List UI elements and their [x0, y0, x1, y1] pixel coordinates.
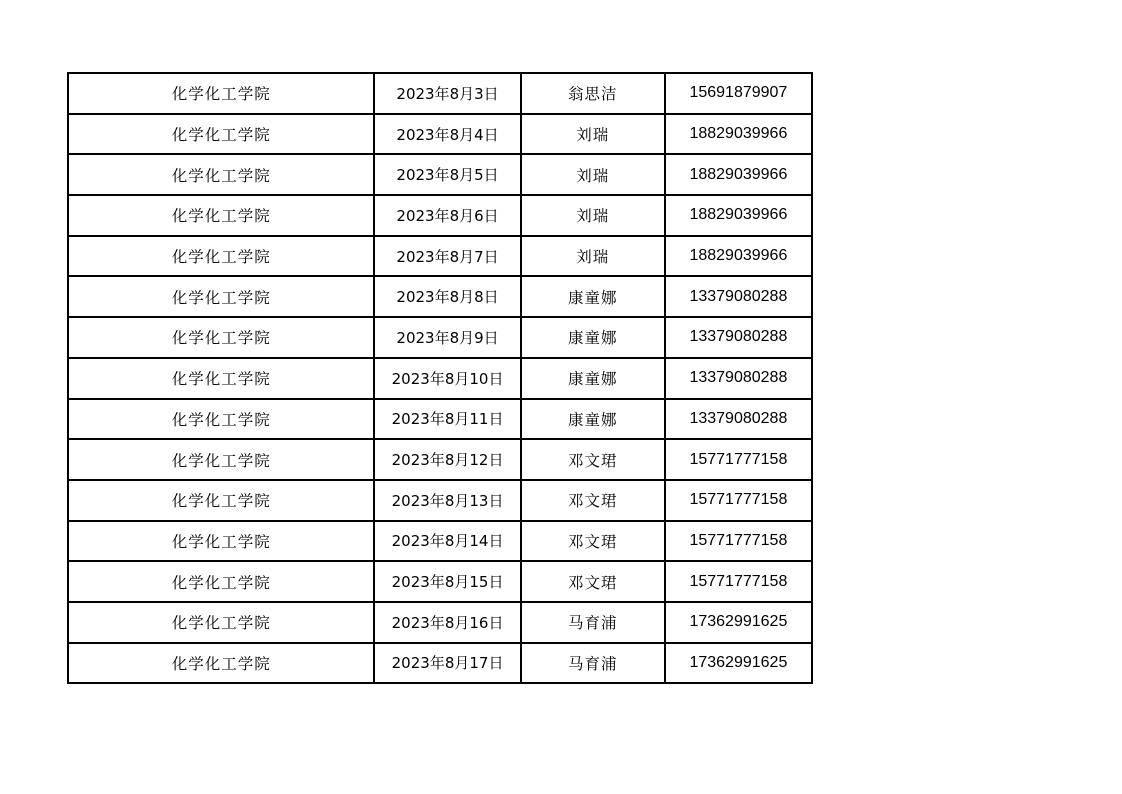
phone-cell: 15771777158: [665, 480, 812, 521]
name-cell: 邓文珺: [521, 521, 665, 562]
college-cell: 化学化工学院: [68, 480, 374, 521]
name-cell: 康童娜: [521, 399, 665, 440]
date-cell: 2023年8月7日: [374, 236, 520, 277]
date-cell: 2023年8月10日: [374, 358, 520, 399]
table-row: 化学化工学院 2023年8月12日 邓文珺 15771777158: [68, 439, 812, 480]
phone-cell: 18829039966: [665, 114, 812, 155]
date-cell: 2023年8月12日: [374, 439, 520, 480]
phone-cell: 15691879907: [665, 73, 812, 114]
college-cell: 化学化工学院: [68, 439, 374, 480]
phone-cell: 13379080288: [665, 358, 812, 399]
table-row: 化学化工学院 2023年8月16日 马育浦 17362991625: [68, 602, 812, 643]
date-cell: 2023年8月16日: [374, 602, 520, 643]
duty-schedule-table: 化学化工学院 2023年8月3日 翁思洁 15691879907 化学化工学院 …: [67, 72, 813, 684]
date-cell: 2023年8月6日: [374, 195, 520, 236]
college-cell: 化学化工学院: [68, 643, 374, 684]
date-cell: 2023年8月4日: [374, 114, 520, 155]
phone-cell: 15771777158: [665, 439, 812, 480]
phone-cell: 15771777158: [665, 521, 812, 562]
date-cell: 2023年8月15日: [374, 561, 520, 602]
college-cell: 化学化工学院: [68, 602, 374, 643]
name-cell: 刘瑞: [521, 114, 665, 155]
name-cell: 马育浦: [521, 602, 665, 643]
table-row: 化学化工学院 2023年8月10日 康童娜 13379080288: [68, 358, 812, 399]
name-cell: 邓文珺: [521, 439, 665, 480]
college-cell: 化学化工学院: [68, 561, 374, 602]
phone-cell: 18829039966: [665, 195, 812, 236]
date-cell: 2023年8月3日: [374, 73, 520, 114]
table-row: 化学化工学院 2023年8月7日 刘瑞 18829039966: [68, 236, 812, 277]
table-row: 化学化工学院 2023年8月8日 康童娜 13379080288: [68, 276, 812, 317]
college-cell: 化学化工学院: [68, 358, 374, 399]
date-cell: 2023年8月11日: [374, 399, 520, 440]
phone-cell: 13379080288: [665, 276, 812, 317]
name-cell: 康童娜: [521, 358, 665, 399]
phone-cell: 13379080288: [665, 317, 812, 358]
table-row: 化学化工学院 2023年8月3日 翁思洁 15691879907: [68, 73, 812, 114]
phone-cell: 15771777158: [665, 561, 812, 602]
date-cell: 2023年8月13日: [374, 480, 520, 521]
phone-cell: 17362991625: [665, 602, 812, 643]
table-row: 化学化工学院 2023年8月17日 马育浦 17362991625: [68, 643, 812, 684]
college-cell: 化学化工学院: [68, 73, 374, 114]
phone-cell: 18829039966: [665, 236, 812, 277]
name-cell: 刘瑞: [521, 195, 665, 236]
college-cell: 化学化工学院: [68, 521, 374, 562]
phone-cell: 18829039966: [665, 154, 812, 195]
table-row: 化学化工学院 2023年8月13日 邓文珺 15771777158: [68, 480, 812, 521]
college-cell: 化学化工学院: [68, 154, 374, 195]
name-cell: 康童娜: [521, 317, 665, 358]
college-cell: 化学化工学院: [68, 195, 374, 236]
name-cell: 马育浦: [521, 643, 665, 684]
date-cell: 2023年8月17日: [374, 643, 520, 684]
table-body: 化学化工学院 2023年8月3日 翁思洁 15691879907 化学化工学院 …: [68, 73, 812, 683]
college-cell: 化学化工学院: [68, 399, 374, 440]
date-cell: 2023年8月9日: [374, 317, 520, 358]
table-row: 化学化工学院 2023年8月4日 刘瑞 18829039966: [68, 114, 812, 155]
college-cell: 化学化工学院: [68, 236, 374, 277]
table-row: 化学化工学院 2023年8月11日 康童娜 13379080288: [68, 399, 812, 440]
name-cell: 康童娜: [521, 276, 665, 317]
table-row: 化学化工学院 2023年8月9日 康童娜 13379080288: [68, 317, 812, 358]
name-cell: 刘瑞: [521, 154, 665, 195]
date-cell: 2023年8月8日: [374, 276, 520, 317]
college-cell: 化学化工学院: [68, 114, 374, 155]
phone-cell: 17362991625: [665, 643, 812, 684]
college-cell: 化学化工学院: [68, 276, 374, 317]
table-row: 化学化工学院 2023年8月6日 刘瑞 18829039966: [68, 195, 812, 236]
date-cell: 2023年8月5日: [374, 154, 520, 195]
college-cell: 化学化工学院: [68, 317, 374, 358]
table-row: 化学化工学院 2023年8月14日 邓文珺 15771777158: [68, 521, 812, 562]
phone-cell: 13379080288: [665, 399, 812, 440]
date-cell: 2023年8月14日: [374, 521, 520, 562]
table-row: 化学化工学院 2023年8月5日 刘瑞 18829039966: [68, 154, 812, 195]
name-cell: 刘瑞: [521, 236, 665, 277]
name-cell: 邓文珺: [521, 480, 665, 521]
name-cell: 邓文珺: [521, 561, 665, 602]
table-row: 化学化工学院 2023年8月15日 邓文珺 15771777158: [68, 561, 812, 602]
name-cell: 翁思洁: [521, 73, 665, 114]
